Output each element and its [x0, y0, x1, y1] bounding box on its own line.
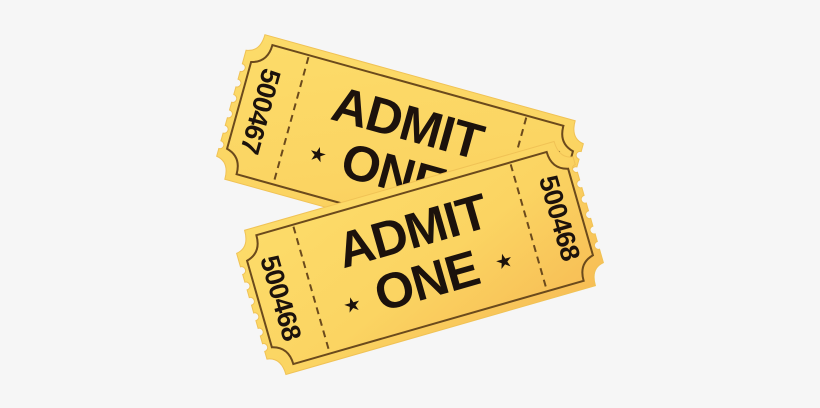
- admit-one-tickets-illustration: ADMIT ONE ★ ★ 500467 500467 ADMIT ONE ★ …: [0, 0, 820, 408]
